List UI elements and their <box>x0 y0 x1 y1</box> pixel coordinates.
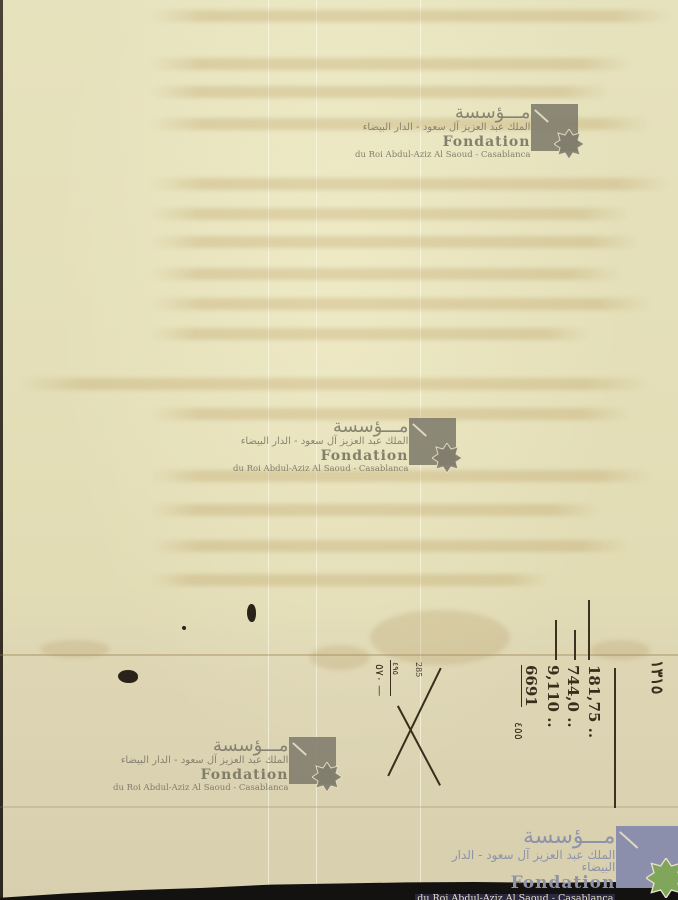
bleed-through-line <box>150 504 600 516</box>
watermark-ar-title: مـــؤسسة <box>523 826 615 848</box>
bleed-through-line <box>150 574 550 586</box>
bleed-through-line <box>150 208 630 220</box>
ink-blot <box>118 670 138 683</box>
note-number-3: ٥٧٠ — <box>373 664 386 696</box>
foundation-watermark: مـــؤسسة الملك عبد العزيز آل سعود - الدا… <box>113 737 336 793</box>
fold-line-horizontal <box>0 806 678 808</box>
watermark-fr-title: Fondation <box>321 449 409 463</box>
bleed-through-line <box>150 540 630 552</box>
water-stain <box>590 640 650 660</box>
watermark-fr-subtitle: du Roi Abdul-Aziz Al Saoud - Casablanca <box>233 465 408 474</box>
ink-rule <box>588 600 590 660</box>
ink-blot <box>247 604 256 622</box>
watermark-ar-title: مـــؤسسة <box>333 418 409 436</box>
water-stain <box>40 640 110 658</box>
water-stain <box>370 610 510 665</box>
bleed-through-line <box>150 236 640 248</box>
ink-rule <box>390 660 391 696</box>
watermark-fr-subtitle: du Roi Abdul-Aziz Al Saoud - Casablanca <box>355 151 530 160</box>
bleed-through-line <box>150 268 620 280</box>
strike-through <box>387 668 441 777</box>
note-number-2: ٤٩٥ <box>391 662 400 675</box>
docket-label: ٤٥٥ <box>512 722 525 740</box>
bleed-through-line <box>150 58 630 70</box>
watermark-ar-title: مـــؤسسة <box>213 737 289 755</box>
star-icon <box>554 129 584 159</box>
star-icon <box>646 858 678 898</box>
foundation-logo-icon <box>616 826 678 888</box>
foundation-watermark-primary: مـــؤسسة الملك عبد العزيز آل سعود - الدا… <box>415 826 678 900</box>
foundation-watermark: مـــؤسسة الملك عبد العزيز آل سعود - الدا… <box>355 104 578 160</box>
bleed-through-line <box>150 298 650 310</box>
note-number: 285 <box>414 662 423 677</box>
star-icon <box>432 443 462 473</box>
watermark-ar-subtitle: الملك عبد العزيز آل سعود - الدار البيضاء <box>241 437 409 447</box>
ink-rule <box>574 630 576 660</box>
docket-amount-3: 9,110 .. <box>544 665 562 728</box>
foundation-logo-icon <box>409 418 456 465</box>
bleed-through-line <box>150 328 590 340</box>
watermark-fr-subtitle: du Roi Abdul-Aziz Al Saoud - Casablanca <box>415 894 615 900</box>
star-icon <box>312 762 342 792</box>
watermark-ar-subtitle: الملك عبد العزيز آل سعود - الدار البيضاء <box>415 849 615 873</box>
watermark-fr-title: Fondation <box>443 135 531 149</box>
docket-amount-2: 744,0 .. <box>564 665 582 728</box>
bleed-through-line <box>150 178 670 190</box>
watermark-fr-title: Fondation <box>511 875 616 892</box>
bleed-through-line <box>150 86 610 98</box>
watermark-ar-subtitle: الملك عبد العزيز آل سعود - الدار البيضاء <box>363 123 531 133</box>
ink-rule <box>555 620 557 660</box>
foundation-logo-icon <box>289 737 336 784</box>
docket-amount-1: 181,75 .. <box>585 665 603 738</box>
page-edge <box>0 0 3 900</box>
docket-heading: ١٣١٥ <box>648 660 667 694</box>
watermark-fr-subtitle: du Roi Abdul-Aziz Al Saoud - Casablanca <box>113 784 288 793</box>
document-page: ١٣١٥ 181,75 .. 744,0 .. 9,110 .. 6691 ٤٥… <box>0 0 678 900</box>
bleed-through-line <box>20 378 650 390</box>
foundation-watermark: مـــؤسسة الملك عبد العزيز آل سعود - الدا… <box>233 418 456 474</box>
foundation-logo-icon <box>531 104 578 151</box>
watermark-fr-title: Fondation <box>201 768 289 782</box>
water-stain <box>310 645 370 670</box>
bleed-through-line <box>150 10 670 22</box>
docket-total: 6691 <box>521 665 540 707</box>
watermark-ar-subtitle: الملك عبد العزيز آل سعود - الدار البيضاء <box>121 756 289 766</box>
watermark-ar-title: مـــؤسسة <box>455 104 531 122</box>
ink-rule <box>614 668 616 808</box>
ink-dot <box>182 626 186 630</box>
